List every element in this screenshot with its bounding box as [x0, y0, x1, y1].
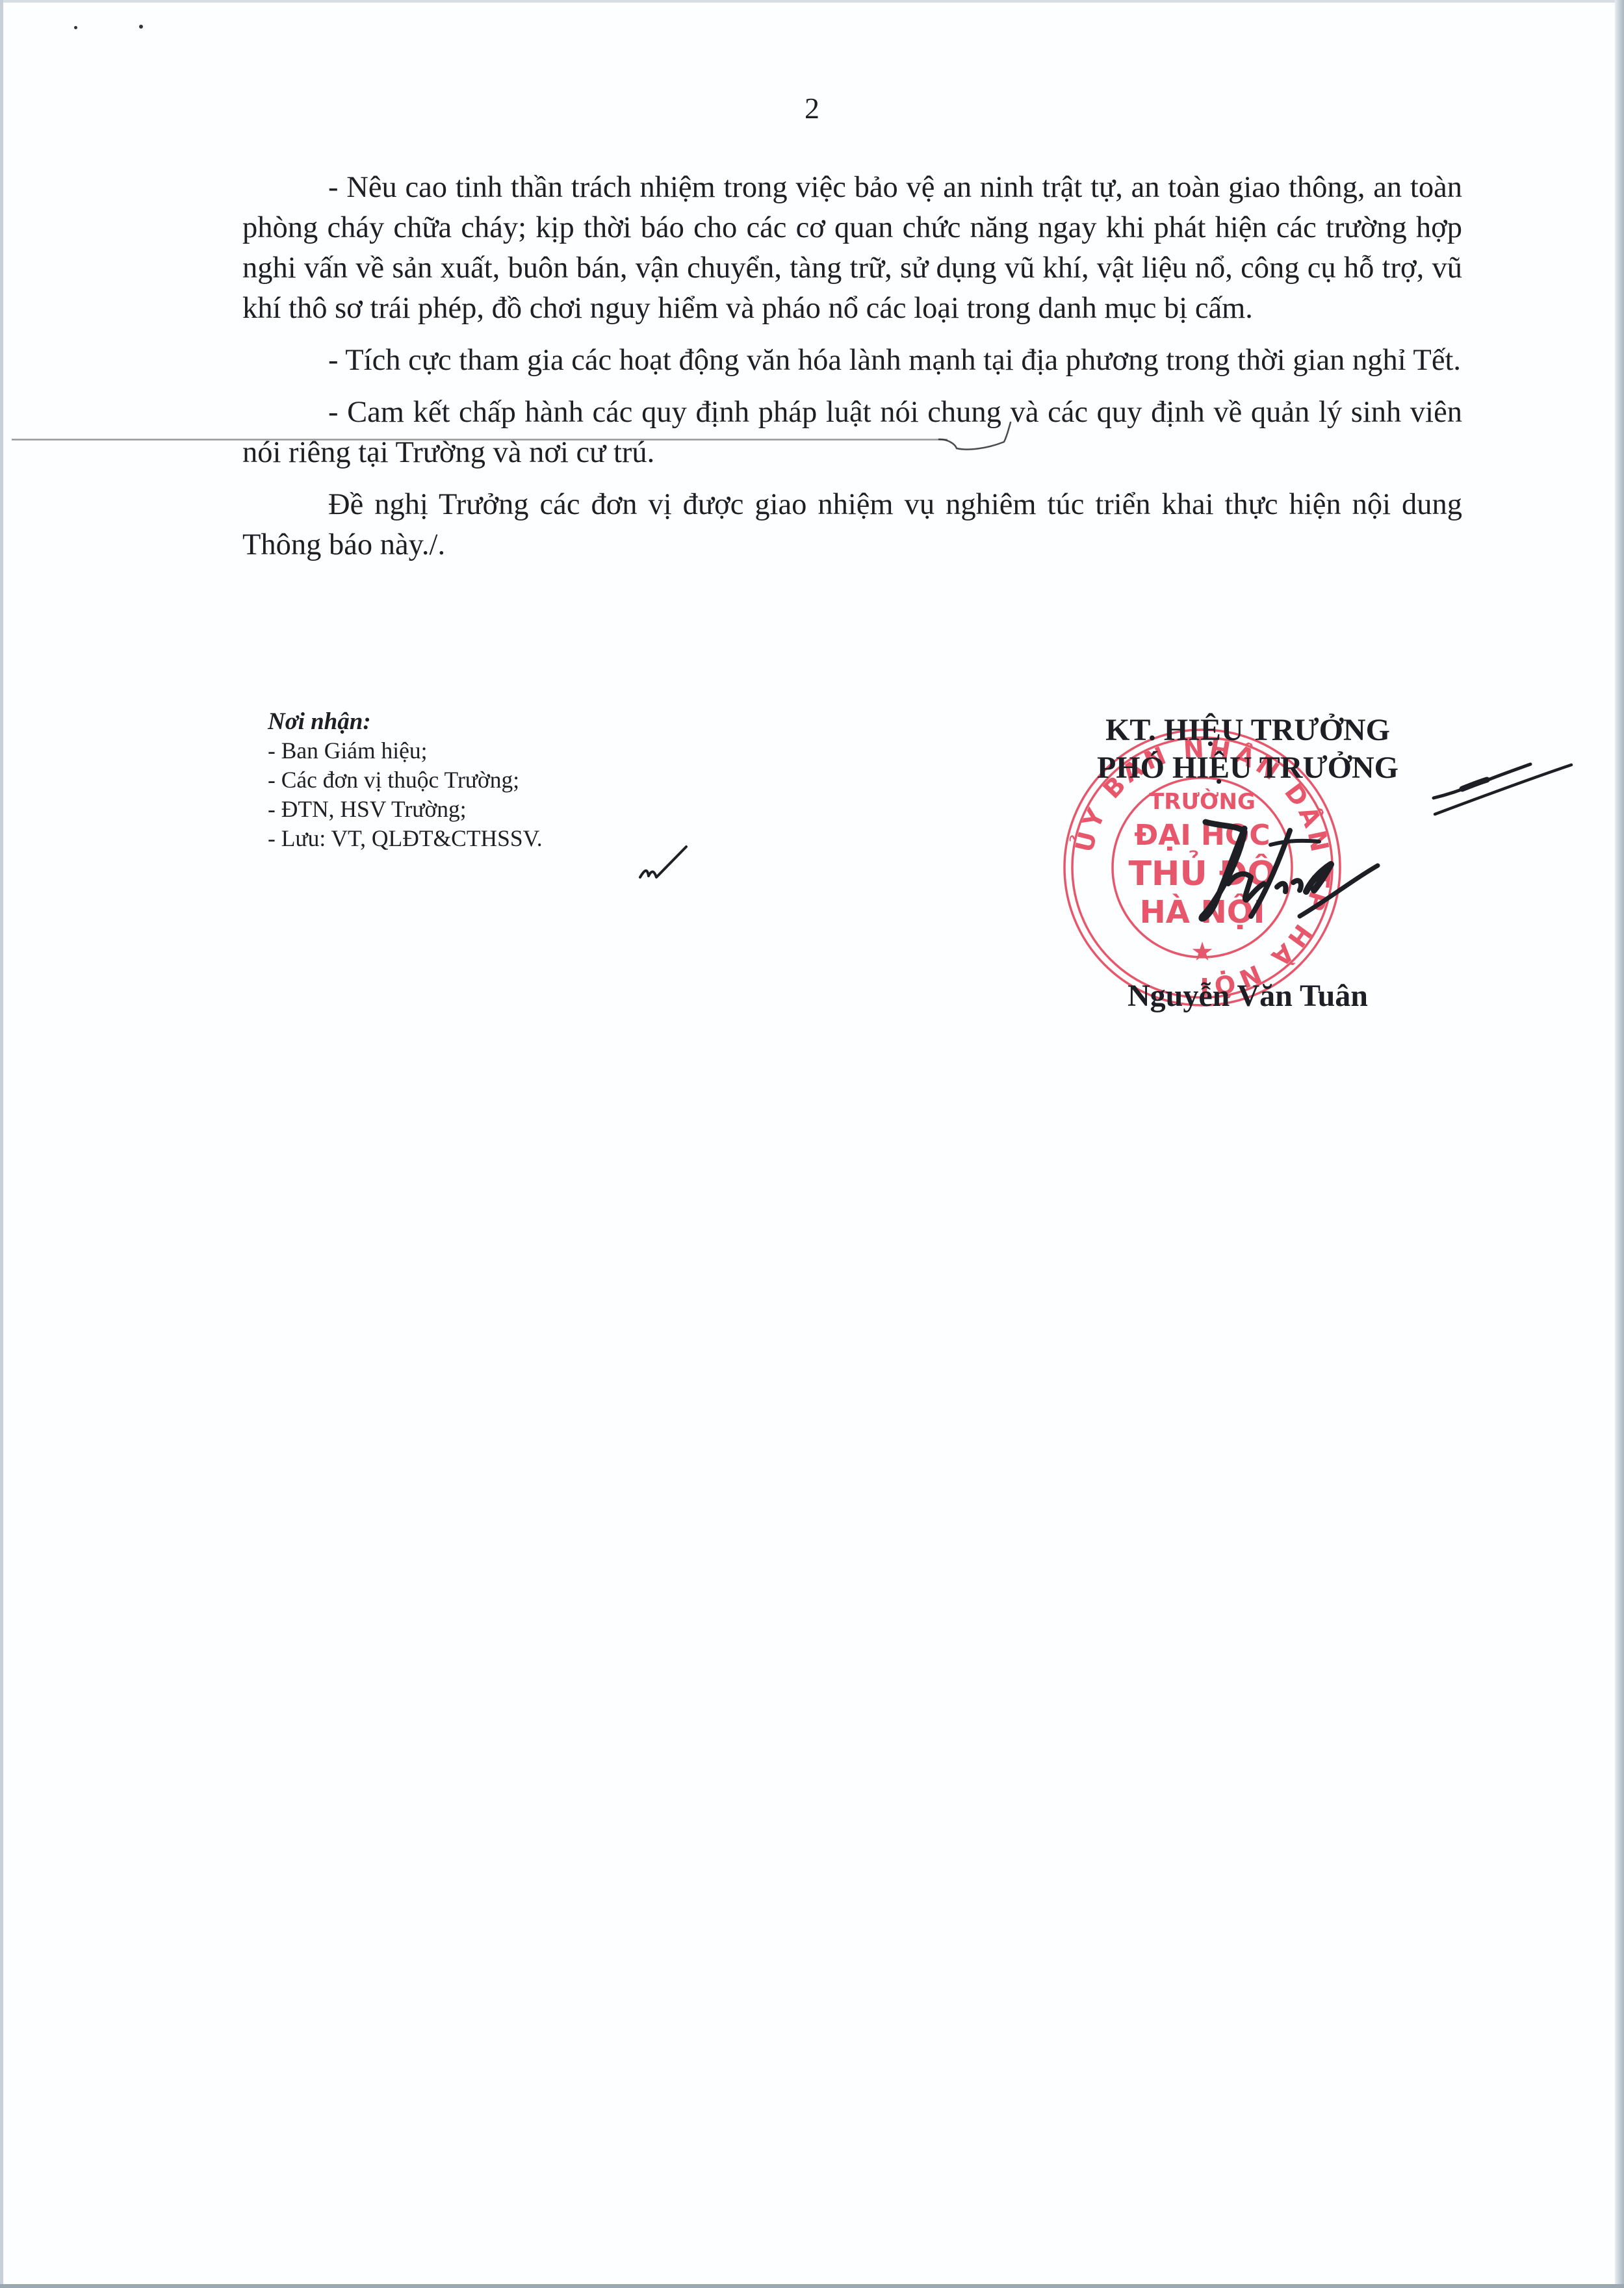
signature-strokes — [640, 422, 1571, 919]
signature-block: KT. HIỆU TRƯỞNG PHÓ HIỆU TRƯỞNG — [1014, 712, 1482, 787]
stamp-and-signature: ỦY BAN NHÂN DÂN TP HÀ NỘI ★ TRƯỜNG ĐẠI H… — [0, 0, 1624, 2288]
svg-text:ĐẠI HỌC: ĐẠI HỌC — [1134, 819, 1270, 852]
svg-text:★: ★ — [1191, 937, 1214, 966]
signer-name: Nguyễn Văn Tuân — [1014, 978, 1482, 1014]
svg-text:THỦ ĐÔ: THỦ ĐÔ — [1128, 850, 1276, 893]
signature-title-line2: PHÓ HIỆU TRƯỞNG — [1014, 749, 1482, 787]
signature-title-line1: KT. HIỆU TRƯỞNG — [1014, 712, 1482, 749]
svg-text:TRƯỜNG: TRƯỜNG — [1149, 788, 1256, 815]
